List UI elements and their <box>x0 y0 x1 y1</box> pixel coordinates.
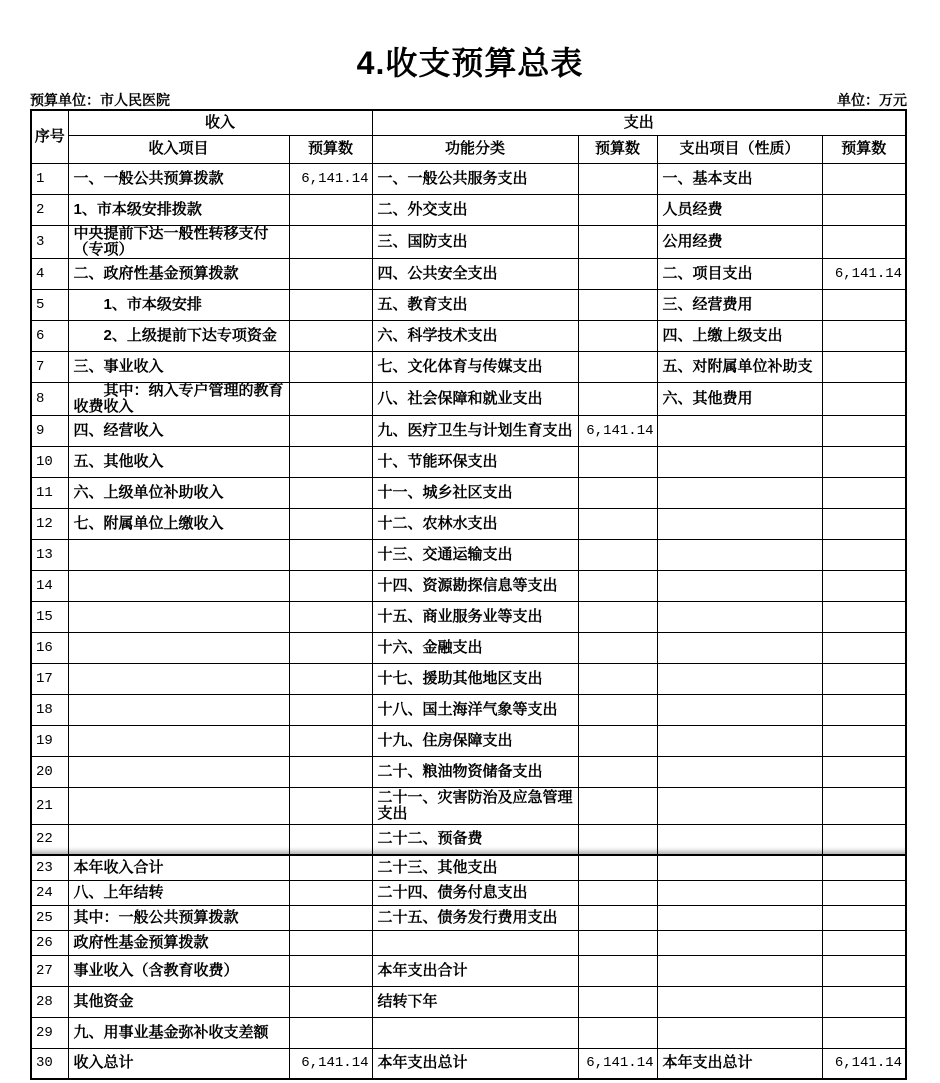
cell-exp-item <box>657 930 822 955</box>
currency-unit-label: 单位：万元 <box>837 92 907 108</box>
group-header-income: 收入 <box>68 110 372 135</box>
cell-exp-budget <box>822 539 906 570</box>
cell-seq: 21 <box>31 787 68 824</box>
table-row: 10 五、其他收入 十、节能环保支出 <box>31 446 906 477</box>
cell-income-item: 事业收入（含教育收费） <box>68 955 289 986</box>
cell-income-budget <box>289 756 372 787</box>
cell-income-budget <box>289 880 372 905</box>
cell-func-item: 五、教育支出 <box>372 289 578 320</box>
cell-func-budget <box>578 930 657 955</box>
cell-func-item: 二十四、债务付息支出 <box>372 880 578 905</box>
cell-income-budget <box>289 570 372 601</box>
cell-seq: 18 <box>31 694 68 725</box>
group-header-expense: 支出 <box>372 110 906 135</box>
cell-income-budget: 6,141.14 <box>289 163 372 194</box>
cell-exp-budget <box>822 787 906 824</box>
table-row: 4 二、政府性基金预算拨款 四、公共安全支出 二、项目支出 6,141.14 <box>31 258 906 289</box>
cell-income-item <box>68 663 289 694</box>
cell-seq: 15 <box>31 601 68 632</box>
table-row: 17 十七、援助其他地区支出 <box>31 663 906 694</box>
cell-func-item: 本年支出合计 <box>372 955 578 986</box>
cell-func-budget <box>578 986 657 1017</box>
cell-income-item: 五、其他收入 <box>68 446 289 477</box>
cell-func-item: 十二、农林水支出 <box>372 508 578 539</box>
cell-func-item: 十八、国土海洋气象等支出 <box>372 694 578 725</box>
cell-func-budget <box>578 289 657 320</box>
table-row: 22 二十二、预备费 <box>31 824 906 855</box>
budget-summary-page: 4.收支预算总表 预算单位：市人民医院 单位：万元 序号 收入 支出 收入项目 … <box>0 0 940 1080</box>
table-row: 7 三、事业收入 七、文化体育与传媒支出 五、对附属单位补助支 <box>31 351 906 382</box>
cell-func-budget <box>578 258 657 289</box>
cell-exp-budget <box>822 756 906 787</box>
cell-exp-item <box>657 508 822 539</box>
cell-exp-budget <box>822 382 906 415</box>
cell-exp-item <box>657 539 822 570</box>
cell-income-budget <box>289 632 372 663</box>
cell-exp-item <box>657 855 822 880</box>
cell-func-item: 九、医疗卫生与计划生育支出 <box>372 415 578 446</box>
table-row: 29 九、用事业基金弥补收支差额 <box>31 1017 906 1048</box>
col-header-func-class: 功能分类 <box>372 135 578 163</box>
cell-func-item: 四、公共安全支出 <box>372 258 578 289</box>
table-row: 11 六、上级单位补助收入 十一、城乡社区支出 <box>31 477 906 508</box>
table-row: 25 其中：一般公共预算拨款 二十五、债务发行费用支出 <box>31 905 906 930</box>
cell-func-budget <box>578 194 657 225</box>
cell-income-item: 2、上级提前下达专项资金 <box>68 320 289 351</box>
cell-income-item: 其中：一般公共预算拨款 <box>68 905 289 930</box>
cell-func-budget <box>578 694 657 725</box>
cell-func-item: 十五、商业服务业等支出 <box>372 601 578 632</box>
cell-seq: 28 <box>31 986 68 1017</box>
cell-income-item: 二、政府性基金预算拨款 <box>68 258 289 289</box>
page-title: 4.收支预算总表 <box>0 0 940 90</box>
cell-exp-item: 五、对附属单位补助支 <box>657 351 822 382</box>
cell-func-item: 十九、住房保障支出 <box>372 725 578 756</box>
table-row: 13 十三、交通运输支出 <box>31 539 906 570</box>
cell-exp-budget: 6,141.14 <box>822 1048 906 1079</box>
cell-func-item: 二十五、债务发行费用支出 <box>372 905 578 930</box>
cell-func-item: 结转下年 <box>372 986 578 1017</box>
cell-income-item <box>68 787 289 824</box>
cell-income-budget <box>289 663 372 694</box>
cell-func-budget <box>578 601 657 632</box>
table-row: 24 八、上年结转 二十四、债务付息支出 <box>31 880 906 905</box>
cell-exp-budget <box>822 824 906 855</box>
cell-seq: 4 <box>31 258 68 289</box>
cell-func-item <box>372 1017 578 1048</box>
cell-seq: 17 <box>31 663 68 694</box>
cell-exp-budget <box>822 415 906 446</box>
cell-exp-budget <box>822 289 906 320</box>
cell-func-budget <box>578 824 657 855</box>
cell-income-budget <box>289 930 372 955</box>
table-row: 18 十八、国土海洋气象等支出 <box>31 694 906 725</box>
cell-exp-budget <box>822 163 906 194</box>
cell-income-budget <box>289 694 372 725</box>
table-row: 19 十九、住房保障支出 <box>31 725 906 756</box>
cell-exp-item <box>657 632 822 663</box>
cell-func-item: 二十三、其他支出 <box>372 855 578 880</box>
cell-exp-item <box>657 415 822 446</box>
cell-func-budget <box>578 725 657 756</box>
cell-func-item: 八、社会保障和就业支出 <box>372 382 578 415</box>
budget-table: 序号 收入 支出 收入项目 预算数 功能分类 预算数 支出项目（性质） 预算数 … <box>30 109 907 1080</box>
cell-func-budget <box>578 508 657 539</box>
cell-income-item: 其中：纳入专户管理的教育 收费收入 <box>68 382 289 415</box>
cell-func-item: 十、节能环保支出 <box>372 446 578 477</box>
cell-seq: 10 <box>31 446 68 477</box>
cell-exp-budget: 6,141.14 <box>822 258 906 289</box>
cell-func-item: 七、文化体育与传媒支出 <box>372 351 578 382</box>
cell-income-budget <box>289 787 372 824</box>
table-row: 14 十四、资源勘探信息等支出 <box>31 570 906 601</box>
cell-exp-item <box>657 905 822 930</box>
cell-exp-item <box>657 601 822 632</box>
cell-func-budget <box>578 855 657 880</box>
cell-func-item: 二十二、预备费 <box>372 824 578 855</box>
cell-exp-budget <box>822 194 906 225</box>
cell-seq: 27 <box>31 955 68 986</box>
cell-income-item: 1、市本级安排 <box>68 289 289 320</box>
cell-income-item: 一、一般公共预算拨款 <box>68 163 289 194</box>
table-row: 1 一、一般公共预算拨款 6,141.14 一、一般公共服务支出 一、基本支出 <box>31 163 906 194</box>
cell-income-item: 1、市本级安排拨款 <box>68 194 289 225</box>
cell-income-budget <box>289 539 372 570</box>
table-row: 30 收入总计 6,141.14 本年支出总计 6,141.14 本年支出总计 … <box>31 1048 906 1079</box>
cell-seq: 30 <box>31 1048 68 1079</box>
table-row: 2 1、市本级安排拨款 二、外交支出 人员经费 <box>31 194 906 225</box>
cell-exp-item <box>657 986 822 1017</box>
cell-func-budget <box>578 632 657 663</box>
cell-seq: 13 <box>31 539 68 570</box>
cell-exp-item <box>657 694 822 725</box>
cell-func-budget <box>578 570 657 601</box>
cell-exp-budget <box>822 632 906 663</box>
cell-exp-item: 本年支出总计 <box>657 1048 822 1079</box>
cell-func-budget <box>578 382 657 415</box>
cell-seq: 16 <box>31 632 68 663</box>
cell-exp-item <box>657 725 822 756</box>
cell-func-item: 三、国防支出 <box>372 225 578 258</box>
cell-seq: 25 <box>31 905 68 930</box>
cell-func-budget: 6,141.14 <box>578 415 657 446</box>
cell-income-item <box>68 824 289 855</box>
cell-exp-budget <box>822 1017 906 1048</box>
cell-func-budget <box>578 163 657 194</box>
cell-income-budget <box>289 446 372 477</box>
cell-seq: 14 <box>31 570 68 601</box>
cell-exp-budget <box>822 930 906 955</box>
cell-income-item <box>68 601 289 632</box>
cell-income-budget <box>289 225 372 258</box>
cell-income-budget <box>289 855 372 880</box>
cell-income-item: 本年收入合计 <box>68 855 289 880</box>
cell-func-budget <box>578 955 657 986</box>
cell-func-item: 六、科学技术支出 <box>372 320 578 351</box>
cell-func-item: 二、外交支出 <box>372 194 578 225</box>
cell-income-item: 七、附属单位上缴收入 <box>68 508 289 539</box>
cell-income-item <box>68 570 289 601</box>
cell-exp-item <box>657 880 822 905</box>
cell-income-budget <box>289 508 372 539</box>
cell-exp-budget <box>822 225 906 258</box>
cell-exp-item <box>657 824 822 855</box>
cell-income-item <box>68 756 289 787</box>
cell-func-item: 十一、城乡社区支出 <box>372 477 578 508</box>
table-row: 15 十五、商业服务业等支出 <box>31 601 906 632</box>
cell-func-item: 一、一般公共服务支出 <box>372 163 578 194</box>
cell-func-item: 十三、交通运输支出 <box>372 539 578 570</box>
cell-func-budget <box>578 446 657 477</box>
cell-exp-item <box>657 787 822 824</box>
cell-exp-budget <box>822 446 906 477</box>
cell-income-item: 八、上年结转 <box>68 880 289 905</box>
col-header-exp-item: 支出项目（性质） <box>657 135 822 163</box>
cell-income-item: 三、事业收入 <box>68 351 289 382</box>
cell-exp-item <box>657 570 822 601</box>
cell-seq: 23 <box>31 855 68 880</box>
cell-seq: 5 <box>31 289 68 320</box>
cell-seq: 20 <box>31 756 68 787</box>
cell-func-budget <box>578 880 657 905</box>
cell-seq: 6 <box>31 320 68 351</box>
cell-income-budget <box>289 415 372 446</box>
cell-exp-budget <box>822 725 906 756</box>
cell-income-item <box>68 725 289 756</box>
cell-exp-budget <box>822 905 906 930</box>
col-header-func-budget: 预算数 <box>578 135 657 163</box>
table-row: 28 其他资金 结转下年 <box>31 986 906 1017</box>
cell-exp-budget <box>822 351 906 382</box>
cell-exp-budget <box>822 663 906 694</box>
cell-exp-item <box>657 477 822 508</box>
cell-income-item <box>68 694 289 725</box>
table-row: 23 本年收入合计 二十三、其他支出 <box>31 855 906 880</box>
table-row: 3 中央提前下达一般性转移支付 （专项） 三、国防支出 公用经费 <box>31 225 906 258</box>
cell-exp-item <box>657 955 822 986</box>
cell-income-budget <box>289 477 372 508</box>
col-header-seq: 序号 <box>31 110 68 163</box>
cell-exp-budget <box>822 477 906 508</box>
cell-func-budget <box>578 320 657 351</box>
cell-exp-budget <box>822 986 906 1017</box>
cell-income-item <box>68 632 289 663</box>
budget-unit-label: 预算单位：市人民医院 <box>30 92 170 108</box>
cell-exp-item <box>657 1017 822 1048</box>
cell-income-item: 六、上级单位补助收入 <box>68 477 289 508</box>
cell-seq: 29 <box>31 1017 68 1048</box>
table-row: 9 四、经营收入 九、医疗卫生与计划生育支出 6,141.14 <box>31 415 906 446</box>
budget-table-header: 序号 收入 支出 收入项目 预算数 功能分类 预算数 支出项目（性质） 预算数 <box>31 110 906 163</box>
cell-exp-item: 二、项目支出 <box>657 258 822 289</box>
cell-func-budget <box>578 539 657 570</box>
budget-table-body: 1 一、一般公共预算拨款 6,141.14 一、一般公共服务支出 一、基本支出 … <box>31 163 906 1079</box>
table-row: 8 其中：纳入专户管理的教育 收费收入 八、社会保障和就业支出 六、其他费用 <box>31 382 906 415</box>
header-column-row: 收入项目 预算数 功能分类 预算数 支出项目（性质） 预算数 <box>31 135 906 163</box>
cell-func-budget <box>578 225 657 258</box>
table-meta: 预算单位：市人民医院 单位：万元 <box>30 92 907 108</box>
cell-func-item: 十四、资源勘探信息等支出 <box>372 570 578 601</box>
cell-func-item <box>372 930 578 955</box>
cell-exp-item: 三、经营费用 <box>657 289 822 320</box>
cell-seq: 9 <box>31 415 68 446</box>
cell-exp-budget <box>822 601 906 632</box>
cell-exp-budget <box>822 570 906 601</box>
cell-income-budget <box>289 905 372 930</box>
table-row: 20 二十、粮油物资储备支出 <box>31 756 906 787</box>
cell-income-item: 中央提前下达一般性转移支付 （专项） <box>68 225 289 258</box>
cell-seq: 7 <box>31 351 68 382</box>
table-row: 5 1、市本级安排 五、教育支出 三、经营费用 <box>31 289 906 320</box>
cell-seq: 19 <box>31 725 68 756</box>
table-row: 27 事业收入（含教育收费） 本年支出合计 <box>31 955 906 986</box>
cell-seq: 3 <box>31 225 68 258</box>
cell-exp-budget <box>822 955 906 986</box>
cell-exp-budget <box>822 880 906 905</box>
table-row: 16 十六、金融支出 <box>31 632 906 663</box>
cell-income-budget <box>289 351 372 382</box>
cell-income-item: 收入总计 <box>68 1048 289 1079</box>
cell-exp-budget <box>822 694 906 725</box>
cell-exp-item: 一、基本支出 <box>657 163 822 194</box>
cell-func-budget <box>578 351 657 382</box>
table-row: 6 2、上级提前下达专项资金 六、科学技术支出 四、上缴上级支出 <box>31 320 906 351</box>
header-group-row: 序号 收入 支出 <box>31 110 906 135</box>
cell-func-item: 二十一、灾害防治及应急管理 支出 <box>372 787 578 824</box>
cell-exp-budget <box>822 320 906 351</box>
cell-func-item: 十六、金融支出 <box>372 632 578 663</box>
cell-income-item <box>68 539 289 570</box>
cell-seq: 22 <box>31 824 68 855</box>
cell-income-budget <box>289 824 372 855</box>
cell-exp-budget <box>822 508 906 539</box>
col-header-income-item: 收入项目 <box>68 135 289 163</box>
cell-func-budget <box>578 756 657 787</box>
cell-income-budget: 6,141.14 <box>289 1048 372 1079</box>
cell-income-item: 政府性基金预算拨款 <box>68 930 289 955</box>
cell-exp-item: 人员经费 <box>657 194 822 225</box>
cell-seq: 11 <box>31 477 68 508</box>
cell-income-budget <box>289 258 372 289</box>
cell-func-budget <box>578 663 657 694</box>
cell-exp-item <box>657 663 822 694</box>
cell-seq: 12 <box>31 508 68 539</box>
cell-func-item: 本年支出总计 <box>372 1048 578 1079</box>
cell-exp-item: 公用经费 <box>657 225 822 258</box>
cell-income-item: 其他资金 <box>68 986 289 1017</box>
cell-seq: 24 <box>31 880 68 905</box>
cell-income-budget <box>289 289 372 320</box>
cell-seq: 26 <box>31 930 68 955</box>
cell-func-budget <box>578 905 657 930</box>
cell-seq: 2 <box>31 194 68 225</box>
cell-income-budget <box>289 601 372 632</box>
cell-income-budget <box>289 1017 372 1048</box>
cell-func-budget <box>578 1017 657 1048</box>
col-header-exp-budget: 预算数 <box>822 135 906 163</box>
cell-func-item: 十七、援助其他地区支出 <box>372 663 578 694</box>
cell-func-budget <box>578 477 657 508</box>
cell-func-item: 二十、粮油物资储备支出 <box>372 756 578 787</box>
table-row: 21 二十一、灾害防治及应急管理 支出 <box>31 787 906 824</box>
cell-exp-item <box>657 756 822 787</box>
table-row: 12 七、附属单位上缴收入 十二、农林水支出 <box>31 508 906 539</box>
table-row: 26 政府性基金预算拨款 <box>31 930 906 955</box>
cell-seq: 1 <box>31 163 68 194</box>
cell-exp-item <box>657 446 822 477</box>
cell-income-budget <box>289 725 372 756</box>
cell-income-budget <box>289 320 372 351</box>
cell-income-budget <box>289 382 372 415</box>
cell-exp-item: 四、上缴上级支出 <box>657 320 822 351</box>
cell-func-budget: 6,141.14 <box>578 1048 657 1079</box>
cell-income-budget <box>289 194 372 225</box>
cell-income-budget <box>289 986 372 1017</box>
cell-exp-budget <box>822 855 906 880</box>
cell-seq: 8 <box>31 382 68 415</box>
cell-income-item: 九、用事业基金弥补收支差额 <box>68 1017 289 1048</box>
cell-func-budget <box>578 787 657 824</box>
cell-exp-item: 六、其他费用 <box>657 382 822 415</box>
col-header-income-budget: 预算数 <box>289 135 372 163</box>
cell-income-budget <box>289 955 372 986</box>
cell-income-item: 四、经营收入 <box>68 415 289 446</box>
